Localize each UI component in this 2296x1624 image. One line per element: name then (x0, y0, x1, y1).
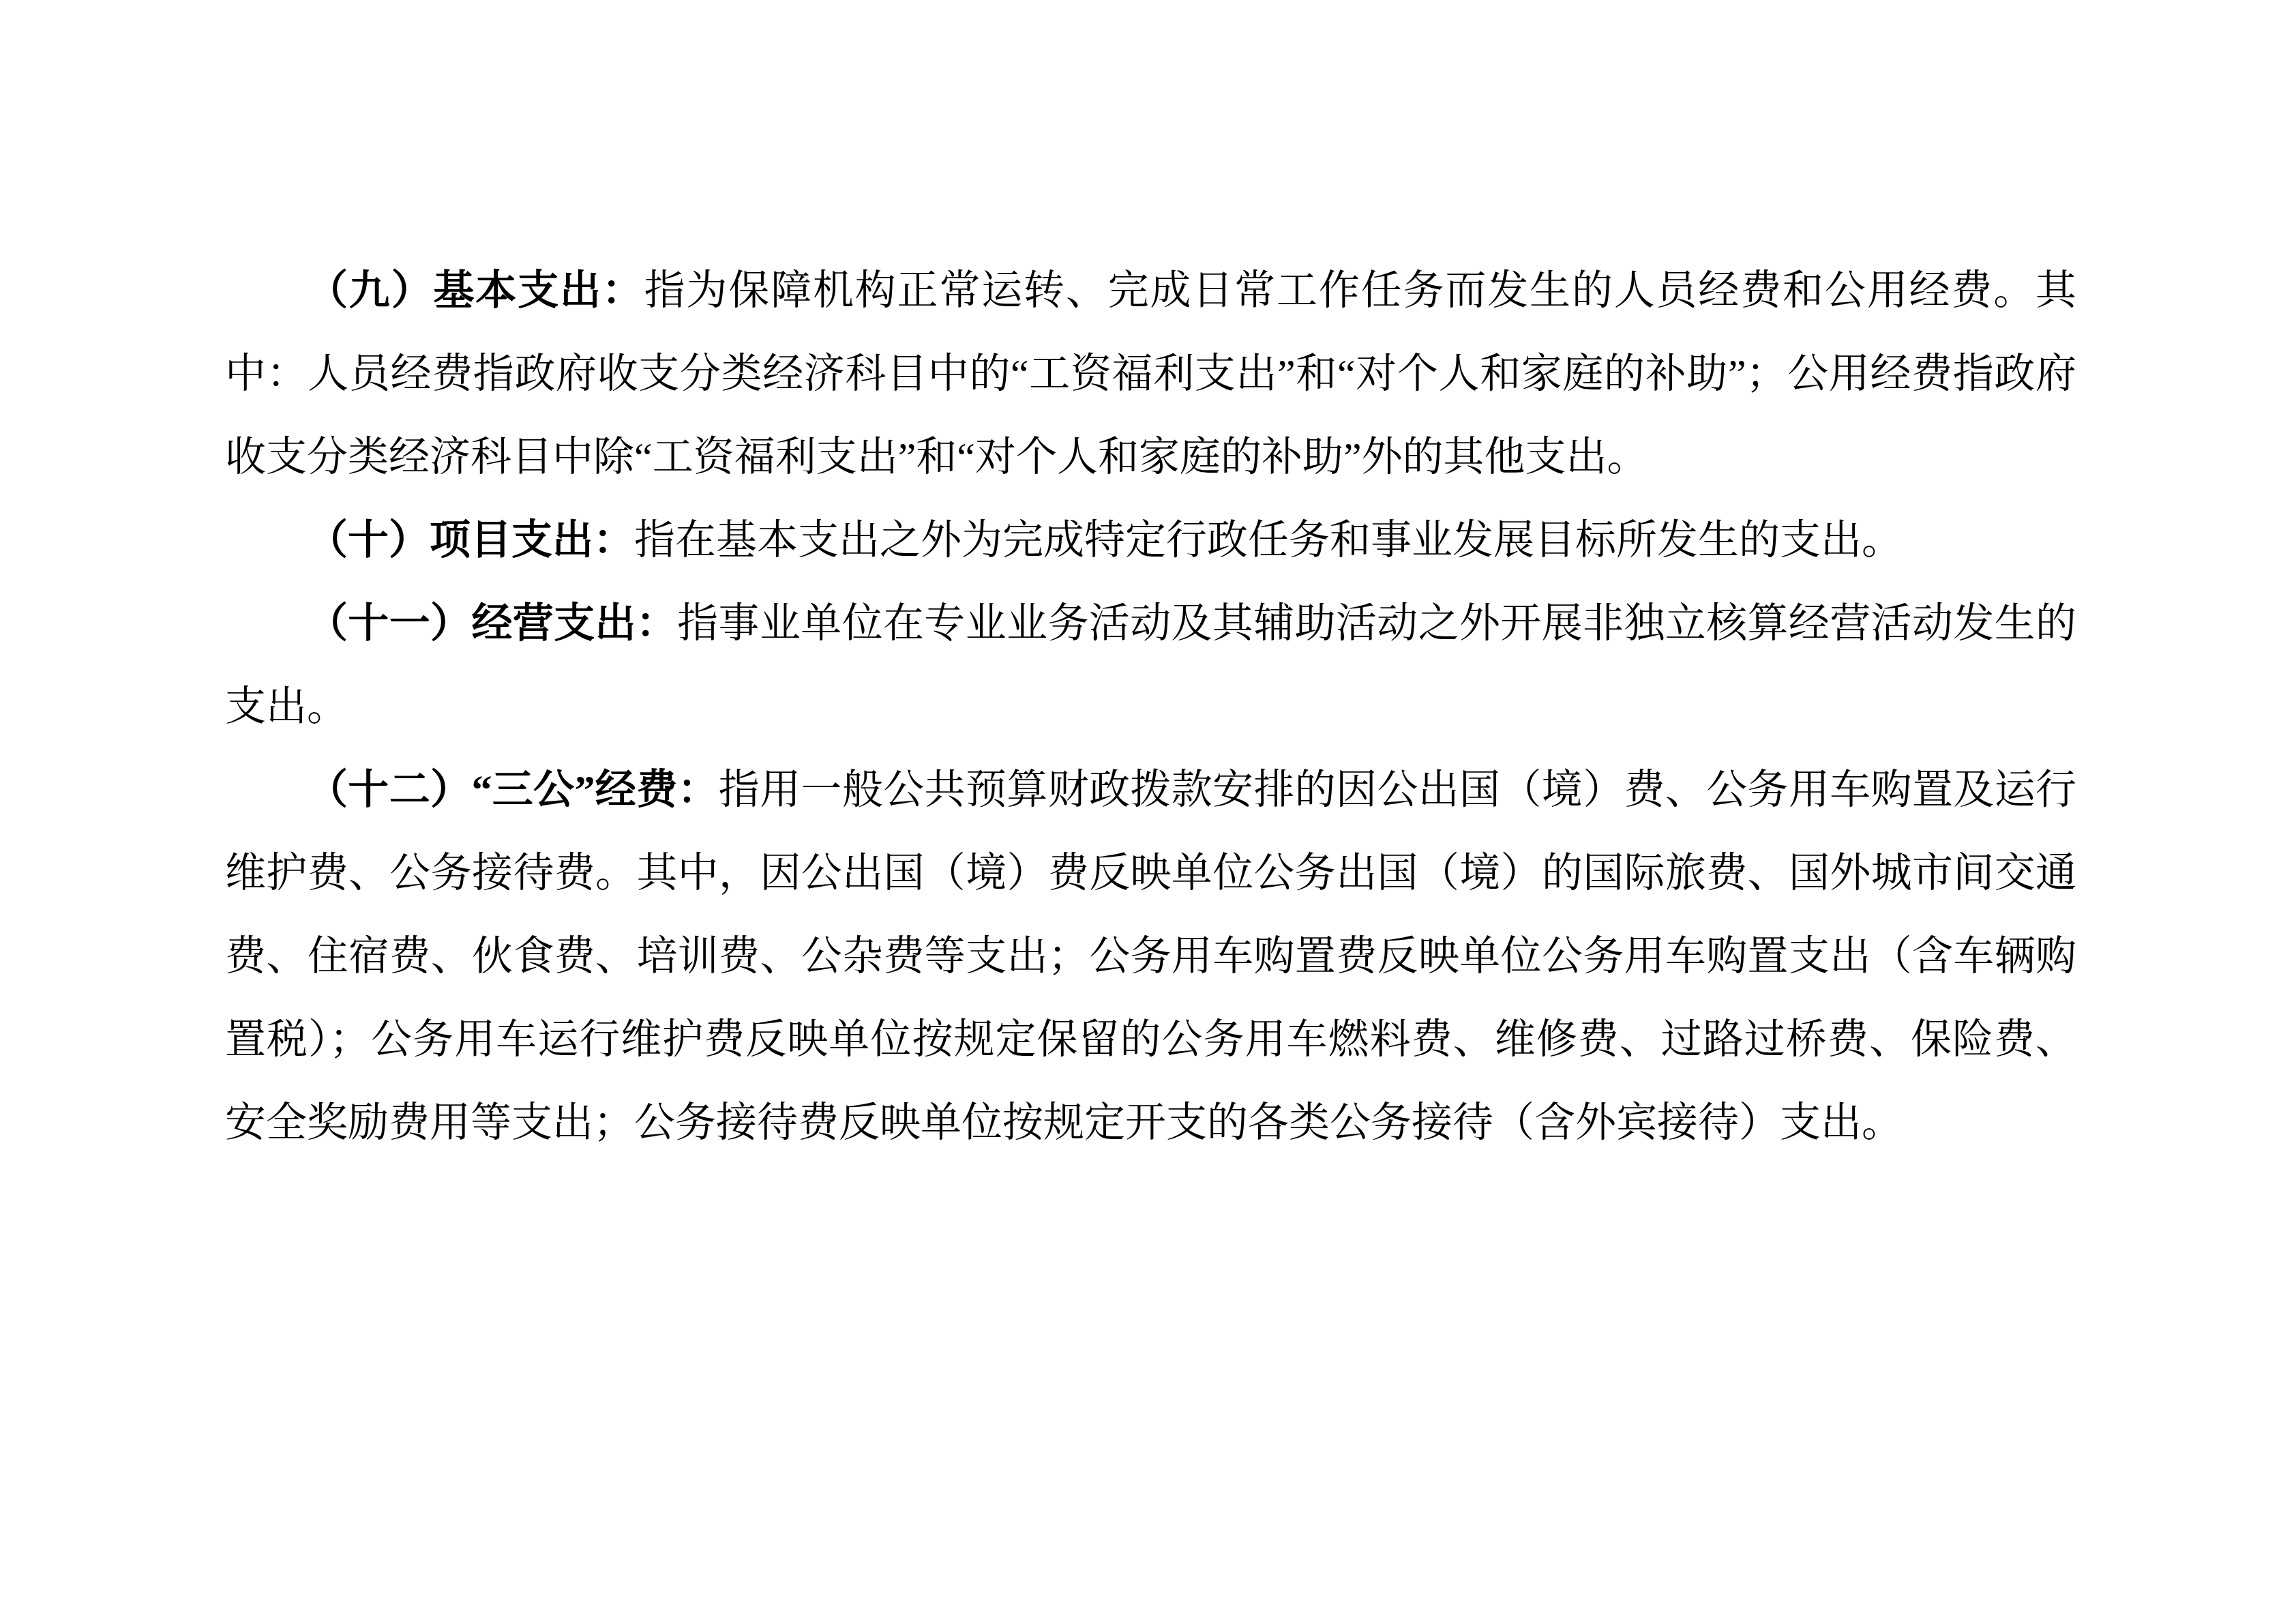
paragraph-text: 指在基本支出之外为完成特定行政任务和事业发展目标所发生的支出。 (634, 518, 1903, 563)
paragraph-text: 指用一般公共预算财政拨款安排的因公出国（境）费、公务用车购置及运行维护费、公务接… (225, 767, 2076, 1145)
paragraph-basic-expenditure: （九）基本支出：指为保障机构正常运转、完成日常工作任务而发生的人员经费和公用经费… (225, 249, 2076, 499)
document-body: （九）基本支出：指为保障机构正常运转、完成日常工作任务而发生的人员经费和公用经费… (225, 249, 2076, 1164)
paragraph-label: （十二）“三公”经费： (307, 767, 719, 812)
paragraph-label: （十一）经营支出： (307, 601, 677, 646)
document-page: （九）基本支出：指为保障机构正常运转、完成日常工作任务而发生的人员经费和公用经费… (0, 0, 2296, 1624)
paragraph-three-public-funds: （十二）“三公”经费：指用一般公共预算财政拨款安排的因公出国（境）费、公务用车购… (225, 748, 2076, 1164)
paragraph-project-expenditure: （十）项目支出：指在基本支出之外为完成特定行政任务和事业发展目标所发生的支出。 (225, 499, 2076, 582)
paragraph-operating-expenditure: （十一）经营支出：指事业单位在专业业务活动及其辅助活动之外开展非独立核算经营活动… (225, 582, 2076, 748)
paragraph-label: （十）项目支出： (307, 518, 634, 563)
paragraph-label: （九）基本支出： (307, 268, 644, 313)
